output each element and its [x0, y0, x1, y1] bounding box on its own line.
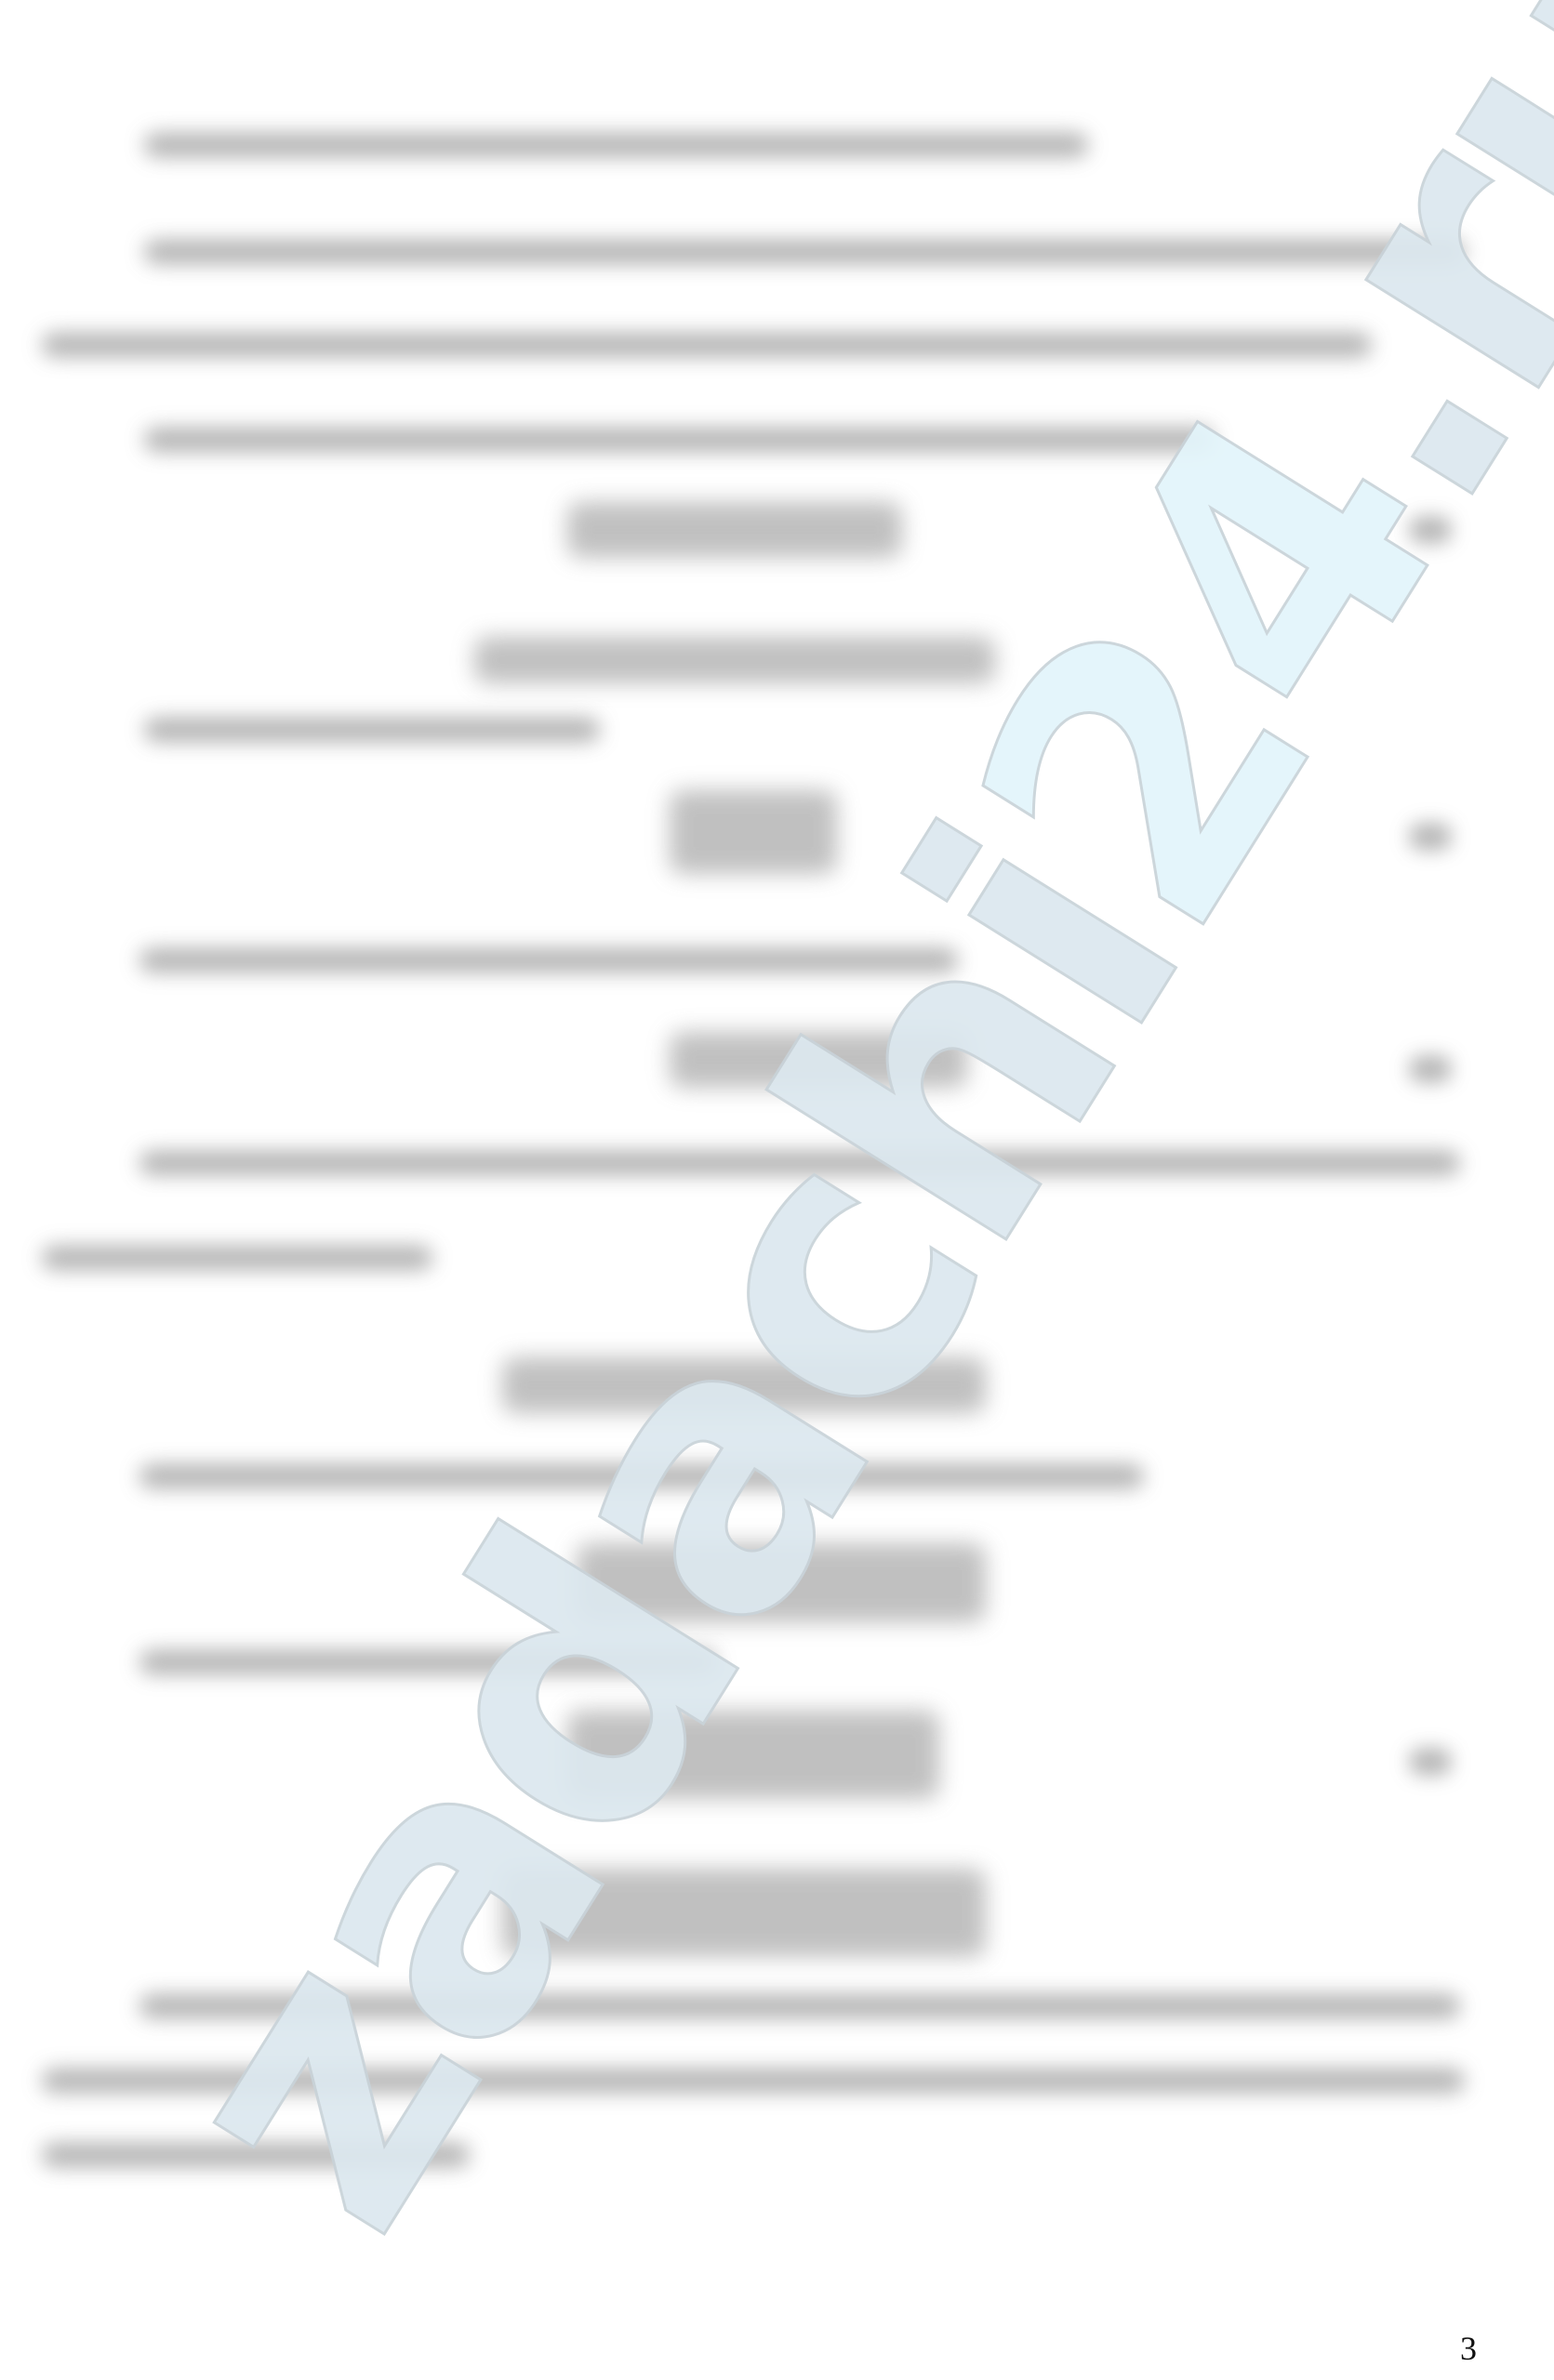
equation-number	[1409, 823, 1452, 851]
watermark-text: zadachi	[84, 767, 1263, 2295]
equation-number	[1409, 1748, 1452, 1776]
text-line	[144, 428, 1214, 452]
text-line	[144, 240, 1465, 264]
text-line	[139, 1650, 716, 1674]
text-line	[139, 1994, 1460, 2018]
text-line	[139, 1464, 1144, 1488]
text-line	[42, 2069, 1465, 2093]
equation-number	[1409, 516, 1452, 544]
formula	[474, 637, 995, 683]
equation-number	[1409, 1055, 1452, 1083]
text-line	[144, 133, 1088, 157]
formula	[567, 502, 902, 558]
formula	[670, 790, 837, 874]
text-line	[42, 1246, 432, 1270]
text-line	[42, 2143, 470, 2167]
text-line	[139, 948, 958, 972]
formula	[567, 1711, 939, 1799]
document-page: zadachi24.ru 3	[0, 0, 1554, 2380]
text-line	[139, 1151, 1460, 1175]
formula	[670, 1032, 967, 1088]
formula	[502, 1869, 986, 1957]
page-number: 3	[1460, 2329, 1477, 2368]
text-line	[144, 718, 600, 742]
formula	[577, 1543, 986, 1622]
watermark-tail: .ru	[1161, 0, 1554, 573]
formula	[502, 1357, 986, 1413]
text-line	[42, 333, 1372, 357]
